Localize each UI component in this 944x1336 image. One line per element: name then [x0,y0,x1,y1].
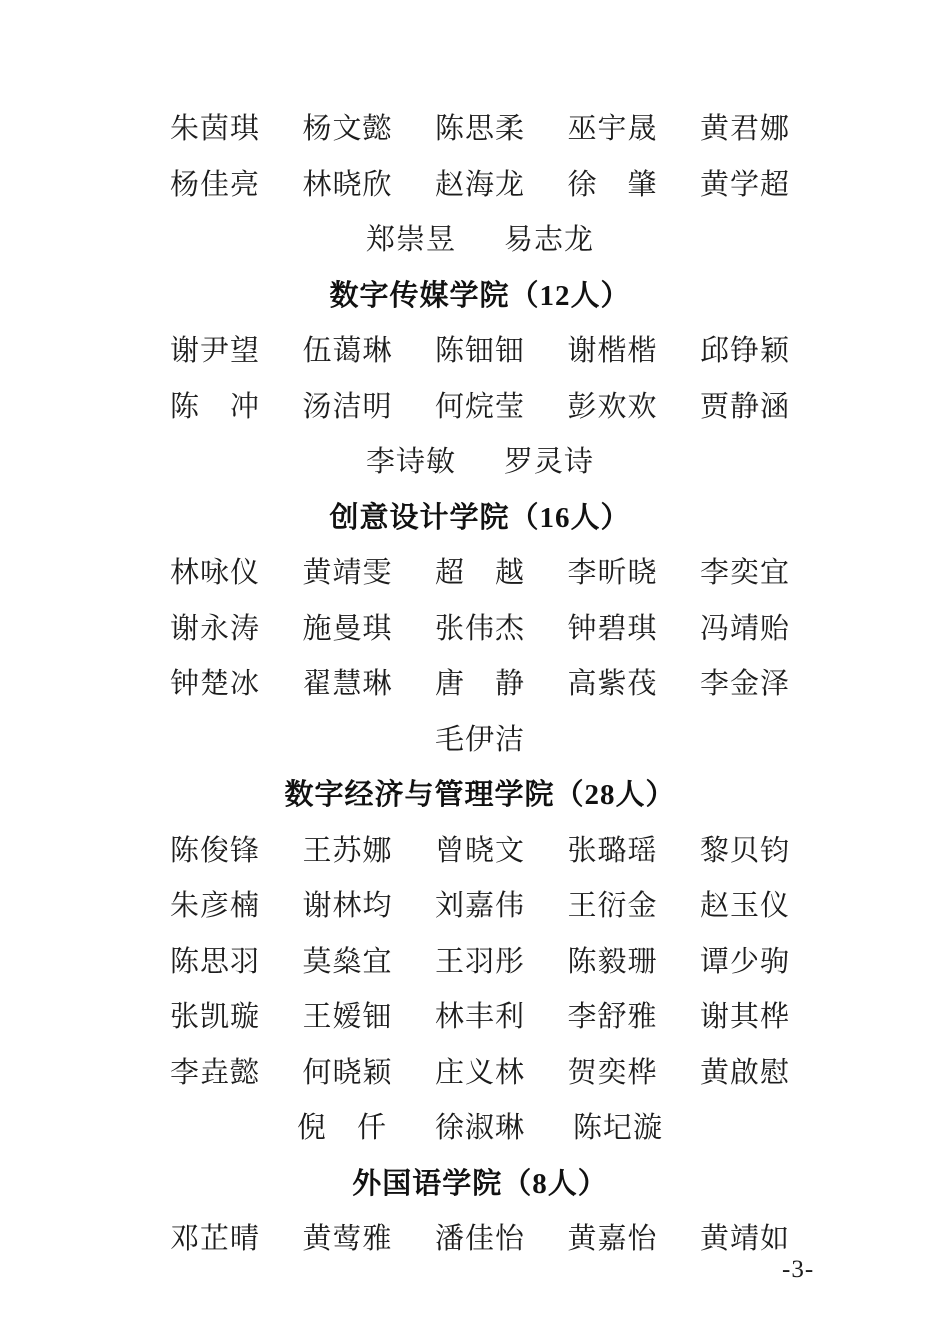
person-name: 潘佳怡 [435,1222,525,1278]
name-list: 朱茵琪杨文懿陈思柔巫宇晟黄君娜杨佳亮林晓欣赵海龙徐 肇黄学超郑崇昱易志龙数字传媒… [170,112,790,1278]
section-title: 数字经济与管理学院（28人） [170,778,790,834]
person-name: 唐 静 [435,667,525,723]
person-name: 谢其桦 [700,1000,790,1056]
person-name: 王羽彤 [435,945,525,1001]
person-name: 何烷莹 [435,390,525,446]
person-name: 谢永涛 [170,612,260,668]
name-row: 林咏仪黄靖雯超 越李昕晓李奕宜 [170,556,790,612]
person-name: 陈思羽 [170,945,260,1001]
name-row: 陈思羽莫燊宜王羽彤陈毅珊谭少驹 [170,945,790,1001]
person-name: 林咏仪 [170,556,260,612]
person-name: 巫宇晟 [567,112,657,168]
person-name: 徐淑琳 [435,1111,525,1167]
section-title: 数字传媒学院（12人） [170,279,790,335]
person-name: 王嫒钿 [302,1000,392,1056]
person-name: 杨文懿 [302,112,392,168]
person-name: 倪 仟 [297,1111,387,1167]
person-name: 林晓欣 [302,168,392,224]
name-row-centered: 郑崇昱易志龙 [170,223,790,279]
person-name: 翟慧琳 [302,667,392,723]
name-row-centered: 倪 仟徐淑琳陈圮漩 [170,1111,790,1167]
person-name: 李奕宜 [700,556,790,612]
person-name: 黎贝钧 [700,834,790,890]
person-name: 朱茵琪 [170,112,260,168]
person-name: 钟楚冰 [170,667,260,723]
person-name: 张璐瑶 [567,834,657,890]
person-name: 李诗敏 [366,445,456,501]
person-name: 徐 肇 [567,168,657,224]
person-name: 黄啟慰 [700,1056,790,1112]
section-title: 外国语学院（8人） [170,1167,790,1223]
document-page: 朱茵琪杨文懿陈思柔巫宇晟黄君娜杨佳亮林晓欣赵海龙徐 肇黄学超郑崇昱易志龙数字传媒… [0,0,944,1336]
person-name: 黄君娜 [700,112,790,168]
person-name: 贾静涵 [700,390,790,446]
name-row: 谢尹望伍蔼琳陈钿钿谢楷楷邱铮颖 [170,334,790,390]
person-name: 黄莺雅 [302,1222,392,1278]
person-name: 杨佳亮 [170,168,260,224]
name-row: 邓芷晴黄莺雅潘佳怡黄嘉怡黄靖如 [170,1222,790,1278]
person-name: 陈钿钿 [435,334,525,390]
person-name: 施曼琪 [302,612,392,668]
person-name: 王苏娜 [302,834,392,890]
person-name: 林丰利 [435,1000,525,1056]
person-name: 朱彦楠 [170,889,260,945]
name-row: 朱彦楠谢林均刘嘉伟王衍金赵玉仪 [170,889,790,945]
person-name: 陈 冲 [170,390,260,446]
person-name: 赵玉仪 [700,889,790,945]
person-name: 张凯璇 [170,1000,260,1056]
person-name: 谢楷楷 [567,334,657,390]
person-name: 莫燊宜 [302,945,392,1001]
person-name: 邓芷晴 [170,1222,260,1278]
person-name: 陈思柔 [435,112,525,168]
person-name: 毛伊洁 [435,723,525,779]
person-name: 汤洁明 [302,390,392,446]
person-name: 谭少驹 [700,945,790,1001]
person-name: 黄靖如 [700,1222,790,1278]
person-name: 钟碧琪 [567,612,657,668]
person-name: 陈俊锋 [170,834,260,890]
person-name: 李昕晓 [567,556,657,612]
person-name: 罗灵诗 [504,445,594,501]
person-name: 黄学超 [700,168,790,224]
person-name: 王衍金 [567,889,657,945]
person-name: 高紫茷 [567,667,657,723]
name-row: 陈 冲汤洁明何烷莹彭欢欢贾静涵 [170,390,790,446]
person-name: 谢尹望 [170,334,260,390]
person-name: 何晓颖 [302,1056,392,1112]
person-name: 张伟杰 [435,612,525,668]
name-row: 钟楚冰翟慧琳唐 静高紫茷李金泽 [170,667,790,723]
person-name: 郑崇昱 [366,223,456,279]
name-row: 谢永涛施曼琪张伟杰钟碧琪冯靖贻 [170,612,790,668]
person-name: 彭欢欢 [567,390,657,446]
person-name: 黄嘉怡 [567,1222,657,1278]
person-name: 刘嘉伟 [435,889,525,945]
person-name: 李金泽 [700,667,790,723]
person-name: 赵海龙 [435,168,525,224]
person-name: 曾晓文 [435,834,525,890]
name-row: 陈俊锋王苏娜曾晓文张璐瑶黎贝钧 [170,834,790,890]
name-row-centered: 毛伊洁 [170,723,790,779]
name-row: 张凯璇王嫒钿林丰利李舒雅谢其桦 [170,1000,790,1056]
name-row: 朱茵琪杨文懿陈思柔巫宇晟黄君娜 [170,112,790,168]
person-name: 超 越 [435,556,525,612]
person-name: 冯靖贻 [700,612,790,668]
person-name: 伍蔼琳 [302,334,392,390]
person-name: 陈毅珊 [567,945,657,1001]
person-name: 谢林均 [302,889,392,945]
person-name: 陈圮漩 [573,1111,663,1167]
person-name: 邱铮颖 [700,334,790,390]
person-name: 李垚懿 [170,1056,260,1112]
person-name: 李舒雅 [567,1000,657,1056]
name-row: 李垚懿何晓颖庄义林贺奕桦黄啟慰 [170,1056,790,1112]
person-name: 贺奕桦 [567,1056,657,1112]
person-name: 黄靖雯 [302,556,392,612]
section-title: 创意设计学院（16人） [170,501,790,557]
name-row-centered: 李诗敏罗灵诗 [170,445,790,501]
person-name: 庄义林 [435,1056,525,1112]
name-row: 杨佳亮林晓欣赵海龙徐 肇黄学超 [170,168,790,224]
page-number: -3- [782,1256,814,1284]
person-name: 易志龙 [504,223,594,279]
